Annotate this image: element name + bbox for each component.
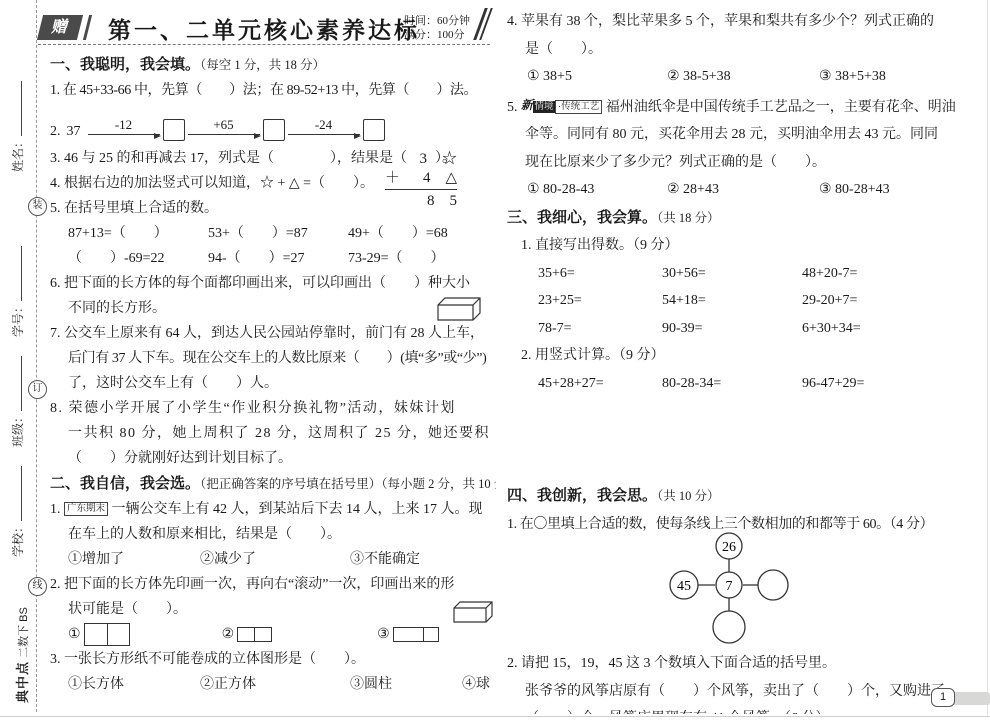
puzzle-circle-right-blank: [758, 570, 788, 600]
brand-logo: 典中点: [15, 661, 30, 703]
name-label: 姓名：: [11, 136, 25, 172]
student-no-field: 学号：: [9, 246, 26, 337]
class-blank: [11, 356, 22, 411]
left-column: 一、我聪明，我会填。（每空 1 分，共 18 分） 1. 在 45+33-66 …: [50, 52, 496, 714]
choice-q5-text: 福州油纸伞是中国传统手工艺品之一，主要有花伞、明油: [606, 100, 956, 115]
answer-box-1: [163, 119, 185, 141]
divider-line: [107, 624, 108, 645]
choice-q2-line1: 2. 把下面的长方体先印画一次，再向右“滚动”一次，印画出来的形: [50, 572, 496, 597]
seal-char-xian: 线: [28, 577, 47, 596]
option-2: ② 28+43: [667, 176, 819, 204]
page-right-edge: [987, 0, 988, 716]
choice-q3-line: 3. 一张长方形纸不可能卷成的立体图形是（ ）。: [50, 647, 496, 672]
calc-cell: 6+30+34=: [802, 315, 861, 343]
choice-q2-shape-options: ① ② ③: [50, 622, 496, 647]
think-q2-line1: 2. 请把 15，19，45 这 3 个数填入下面合适的括号里。: [507, 650, 981, 678]
school-blank: [11, 466, 22, 521]
calc-cell: 35+6=: [538, 260, 662, 288]
time-score-box: 时间：60分钟 满分：100分: [404, 14, 470, 42]
choice-q5-line3: 现在比原来少了多少元？列式正确的是（ ）。: [507, 149, 981, 177]
puzzle-value-top: 26: [722, 540, 736, 555]
q5-number: 5.: [507, 100, 518, 115]
score-label: 满分：100分: [404, 28, 470, 42]
puzzle-value-left: 45: [677, 579, 691, 594]
fill-q7-line3: 了，这时公交车上有（ ）人。: [50, 371, 496, 396]
calc-cell: 49+（ ）=68: [348, 221, 448, 246]
bottom-rule: [0, 716, 990, 717]
think-q2-line2: 张爷爷的风筝店原有（ ）个风筝，卖出了（ ）个，又购进了: [507, 678, 981, 706]
calc-cell: 78-7=: [538, 315, 662, 343]
choice-q1-options: ①增加了 ②减少了 ③不能确定: [50, 547, 496, 572]
section3-title: 三、我细心，我会算。（共 18 分）: [507, 204, 981, 233]
option-3: ③不能确定: [350, 547, 420, 572]
paper-title: 第一、二单元核心素养达标: [108, 12, 398, 45]
source-tag-guangdong: 广东期末: [64, 502, 108, 516]
page-number: 1: [931, 688, 955, 707]
section2-title: 二、我自信，我会选。（把正确答案的序号填在括号里）（每小题 2 分，共 10 分…: [50, 471, 496, 497]
brand-edition: 二数下 BS: [18, 607, 30, 661]
option-3: ③ 38+5+38: [819, 63, 886, 91]
choice-q5-line1: 5. 新情境·传统工艺 福州油纸伞是中国传统手工艺品之一，主要有花伞、明油: [507, 91, 981, 122]
calc-cell: 94-（ ）=27: [208, 246, 348, 271]
section4-title-note: （共 10 分）: [657, 489, 720, 503]
section3-title-note: （共 18 分）: [657, 211, 720, 225]
puzzle-value-center: 7: [726, 579, 733, 594]
binding-dashed-line: [36, 0, 37, 712]
school-label: 学校：: [11, 521, 25, 557]
choice-q4-line2: 是（ ）。: [507, 36, 981, 64]
option-1: ①增加了: [68, 547, 200, 572]
chain-arrow-1: -12: [88, 118, 160, 135]
name-field: 姓名：: [9, 81, 26, 172]
chain-start-value: 37: [67, 121, 81, 143]
fill-q5-row1: 87+13=（ ） 53+（ ）=87 49+（ ）=68: [50, 221, 496, 246]
choice-q1-line2: 在车上的人数和原来相比，结果是（ ）。: [50, 522, 496, 547]
gift-badge: 赠: [37, 15, 83, 40]
calc-cell: 48+20-7=: [802, 260, 857, 288]
fill-q5-row2: （ ）-69=22 94-（ ）=27 73-29=（ ）: [50, 246, 496, 271]
fill-q7-line2: 后门有 37 人下车。现在公交车上的人数比原来（ ）(填“多”或“少”): [50, 346, 496, 371]
choice-q1-line1: 1. 广东期末 一辆公交车上有 42 人，到某站后下去 14 人，上来 17 人…: [50, 497, 496, 522]
addition-row2: ＋4 △: [385, 169, 457, 190]
calc-cell: 30+56=: [662, 260, 802, 288]
chain-step-3: -24: [315, 118, 332, 131]
fill-q8-line2: 一共积 80 分，她上周积了 28 分，这周积了 25 分，她还要积: [50, 421, 496, 446]
calc-q1-row2: 23+25= 54+18= 29-20+7=: [507, 287, 981, 315]
tag-new: 新: [521, 98, 533, 112]
name-blank: [11, 81, 22, 136]
choice-q3-options: ①长方体 ②正方体 ③圆柱 ④球: [50, 672, 496, 697]
option-1: ① 38+5: [527, 63, 667, 91]
answer-box-2: [263, 119, 285, 141]
tag-scene: 情境: [533, 101, 555, 113]
calc-q2-row: 45+28+27= 80-28-34= 96-47+29=: [507, 370, 981, 398]
calc-cell: 54+18=: [662, 287, 802, 315]
option-3-number: ③: [377, 626, 390, 643]
q2-number: 2.: [50, 121, 61, 143]
section1-title: 一、我聪明，我会填。（每空 1 分，共 18 分）: [50, 52, 496, 78]
option-1: ① 80-28-43: [527, 176, 667, 204]
context-tag: 新情境·传统工艺: [521, 91, 602, 120]
calc-cell: 73-29=（ ）: [348, 246, 445, 271]
cuboid-image: [452, 600, 494, 624]
arrow-icon: [288, 132, 360, 135]
fill-q2-number-chain: 2. 37 -12 +65 -24: [50, 105, 496, 143]
class-field: 班级：: [9, 356, 26, 447]
calc-q1-row1: 35+6= 30+56= 48+20-7=: [507, 260, 981, 288]
option-1: ①长方体: [68, 672, 200, 697]
school-field: 学校：: [9, 466, 26, 557]
cuboid-image: [436, 296, 482, 322]
seal-char-zhuang: 装: [28, 197, 47, 216]
chain-step-2: +65: [213, 118, 233, 131]
vertical-addition: 3 ☆ ＋4 △ 8 5: [385, 150, 457, 211]
fill-q6-line1: 6. 把下面的长方体的每个面都印画出来，可以印画出（ ）种大小: [50, 271, 496, 296]
badge-slash-decoration: [83, 15, 92, 40]
circle-sum-puzzle: 26 45 7: [662, 532, 802, 644]
fill-q7-line1: 7. 公交车上原来有 64 人，到达人民公园站停靠时，前门有 28 人上车，: [50, 321, 496, 346]
choice-q4-line1: 4. 苹果有 38 个，梨比苹果多 5 个，苹果和梨共有多少个？列式正确的: [507, 8, 981, 36]
q1-number: 1.: [50, 502, 61, 517]
calc-cell: 90-39=: [662, 315, 802, 343]
double-slash-decoration: [473, 8, 493, 40]
option-2: ②正方体: [200, 672, 350, 697]
choice-q5-options: ① 80-28-43 ② 28+43 ③ 80-28+43: [507, 176, 981, 204]
option-2-number: ②: [222, 626, 235, 643]
rectangle-pair-shape-3: [393, 627, 439, 642]
section2-title-main: 二、我自信，我会选。: [50, 475, 200, 492]
calc-cell: （ ）-69=22: [68, 246, 208, 271]
choice-q5-line2: 伞等。同同有 80 元，买花伞用去 28 元，买明油伞用去 43 元。同同: [507, 121, 981, 149]
section1-title-main: 一、我聪明，我会填。: [50, 56, 200, 73]
addition-row1: 3 ☆: [385, 150, 457, 169]
section2-title-note: （把正确答案的序号填在括号里）（每小题 2 分，共 10 分）: [200, 477, 496, 491]
exam-paper-page: 姓名： 学号： 班级： 学校： 典中点 二数下 BS 装 订 线 赠 第一、二单…: [0, 0, 990, 727]
time-label: 时间：60分钟: [404, 14, 470, 28]
option-3: ③ 80-28+43: [819, 176, 890, 204]
calc-cell: 96-47+29=: [802, 370, 864, 398]
option-1-number: ①: [68, 626, 81, 643]
calc-q2-title: 2. 用竖式计算。（9 分）: [507, 342, 981, 370]
calc-cell: 45+28+27=: [538, 370, 662, 398]
seal-char-ding: 订: [28, 380, 47, 399]
fill-q8-line3: （ ）分就刚好达到计划目标了。: [50, 446, 496, 471]
class-label: 班级：: [11, 411, 25, 447]
plus-sign: ＋: [385, 169, 400, 188]
choice-q1-text: 一辆公交车上有 42 人，到某站后下去 14 人，上来 17 人。现: [112, 502, 483, 517]
tag-craft: ·传统工艺: [555, 100, 602, 114]
right-column: 4. 苹果有 38 个，梨比苹果多 5 个，苹果和梨共有多少个？列式正确的 是（…: [507, 8, 981, 714]
option-3: ③圆柱: [350, 672, 462, 697]
option-2: ② 38-5+38: [667, 63, 819, 91]
brand-mark: 典中点 二数下 BS: [12, 607, 31, 703]
answer-box-3: [363, 119, 385, 141]
divider-line: [254, 628, 255, 641]
section3-title-main: 三、我细心，我会算。: [507, 209, 657, 226]
working-space: [507, 397, 981, 482]
calc-q1-title: 1. 直接写出得数。（9 分）: [507, 232, 981, 260]
chain-arrow-3: -24: [288, 118, 360, 135]
fill-q8-line1: 8. 荣德小学开展了小学生“作业积分换礼物”活动，妹妹计划: [50, 396, 496, 421]
arrow-icon: [88, 132, 160, 135]
fill-q6-line2: 不同的长方形。: [50, 296, 496, 321]
option-4: ④球: [462, 672, 490, 697]
rectangle-pair-shape-1: [84, 623, 130, 646]
section4-title: 四、我创新，我会思。（共 10 分）: [507, 482, 981, 511]
puzzle-circle-bottom-blank: [713, 611, 745, 643]
calc-cell: 29-20+7=: [802, 287, 857, 315]
think-q2-line3: （ ）个，风筝店里现在有 41 个风筝。（6 分）: [507, 705, 981, 714]
fill-q1: 1. 在 45+33-66 中，先算（ ）法；在 89-52+13 中，先算（ …: [50, 78, 496, 103]
calc-cell: 53+（ ）=87: [208, 221, 348, 246]
section1-title-note: （每空 1 分，共 18 分）: [200, 58, 325, 72]
divider-line: [423, 628, 424, 641]
student-no-label: 学号：: [11, 301, 25, 337]
header-dotted-rule: [38, 44, 490, 45]
chain-arrow-2: +65: [188, 118, 260, 135]
rectangle-pair-shape-2: [237, 627, 272, 642]
option-2: ②减少了: [200, 547, 350, 572]
choice-q2-line2: 状可能是（ ）。: [50, 597, 496, 622]
addition-sum-row: 8 5: [385, 190, 457, 211]
calc-cell: 80-28-34=: [662, 370, 802, 398]
choice-q4-options: ① 38+5 ② 38-5+38 ③ 38+5+38: [507, 63, 981, 91]
calc-q1-row3: 78-7= 90-39= 6+30+34=: [507, 315, 981, 343]
calc-cell: 87+13=（ ）: [68, 221, 208, 246]
chain-step-1: -12: [115, 118, 132, 131]
section4-title-main: 四、我创新，我会思。: [507, 487, 657, 504]
student-no-blank: [11, 246, 22, 301]
calc-cell: 23+25=: [538, 287, 662, 315]
arrow-icon: [188, 132, 260, 135]
